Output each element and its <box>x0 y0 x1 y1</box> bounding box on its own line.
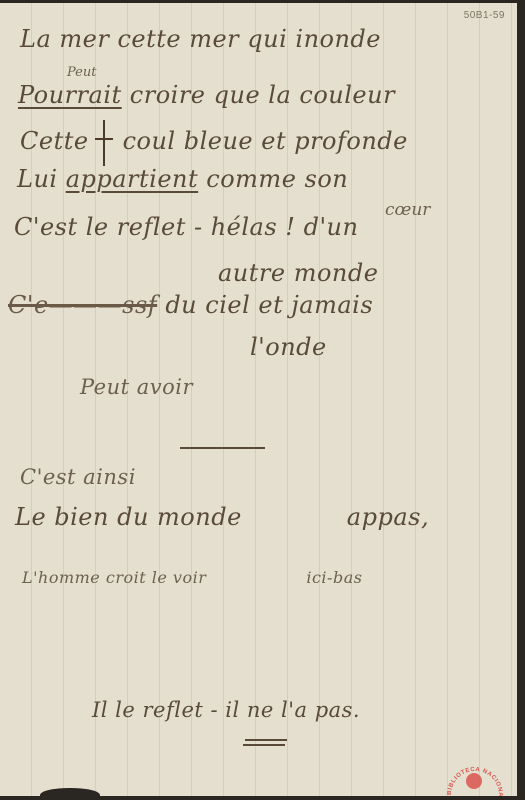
line-10: C'est ainsi <box>20 465 136 489</box>
separator-rule <box>180 447 265 449</box>
line-4: Lui appartient comme son <box>17 165 348 193</box>
line-11-main: Le bien du monde <box>15 503 242 531</box>
word-pourrait: Pourrait <box>18 81 122 109</box>
line-2: Pourrait croire que la couleur <box>18 81 395 109</box>
line-6: autre monde <box>218 259 378 287</box>
word-appas: appas, <box>347 503 429 531</box>
line-3: Cettecoul bleue et profonde <box>20 127 408 155</box>
struck-text: C'e———ssf <box>8 291 157 319</box>
line-2-rest: croire que la couleur <box>122 81 395 109</box>
line-8: l'onde <box>250 333 327 361</box>
line-1: La mer cette mer qui inonde <box>20 25 381 53</box>
insertion-peut: Peut <box>67 65 96 80</box>
line-12: L'homme croit le voirici-bas <box>22 568 362 587</box>
line-7-rest: du ciel et jamais <box>157 291 373 319</box>
manuscript-page: 50B1-59 La mer cette mer qui inonde Peut… <box>0 3 517 796</box>
double-rule-top <box>245 739 287 741</box>
word-cette: Cette <box>20 127 89 155</box>
line-11: Le bien du mondeappas, <box>15 503 429 531</box>
line-4-rest: comme son <box>198 165 348 193</box>
double-rule-bottom <box>243 744 285 746</box>
line-12-main: L'homme croit le voir <box>22 568 206 587</box>
word-appartient: appartient <box>66 165 198 193</box>
word-lui: Lui <box>17 165 66 193</box>
word-ici-bas: ici-bas <box>306 568 362 587</box>
reference-number: 50B1-59 <box>464 10 505 21</box>
insertion-coeur: cœur <box>385 200 430 220</box>
line-5: C'est le reflet - hélas ! d'un <box>14 213 358 241</box>
stamp-seal <box>466 773 482 789</box>
line-13: Il le reflet - il ne l'a pas. <box>92 698 360 722</box>
line-3-rest: coul bleue et profonde <box>123 127 408 155</box>
line-9: Peut avoir <box>80 375 193 399</box>
library-stamp: BIBLIOTECA NACIONAL <box>445 761 505 796</box>
line-7: C'e———ssf du ciel et jamais <box>8 291 373 319</box>
